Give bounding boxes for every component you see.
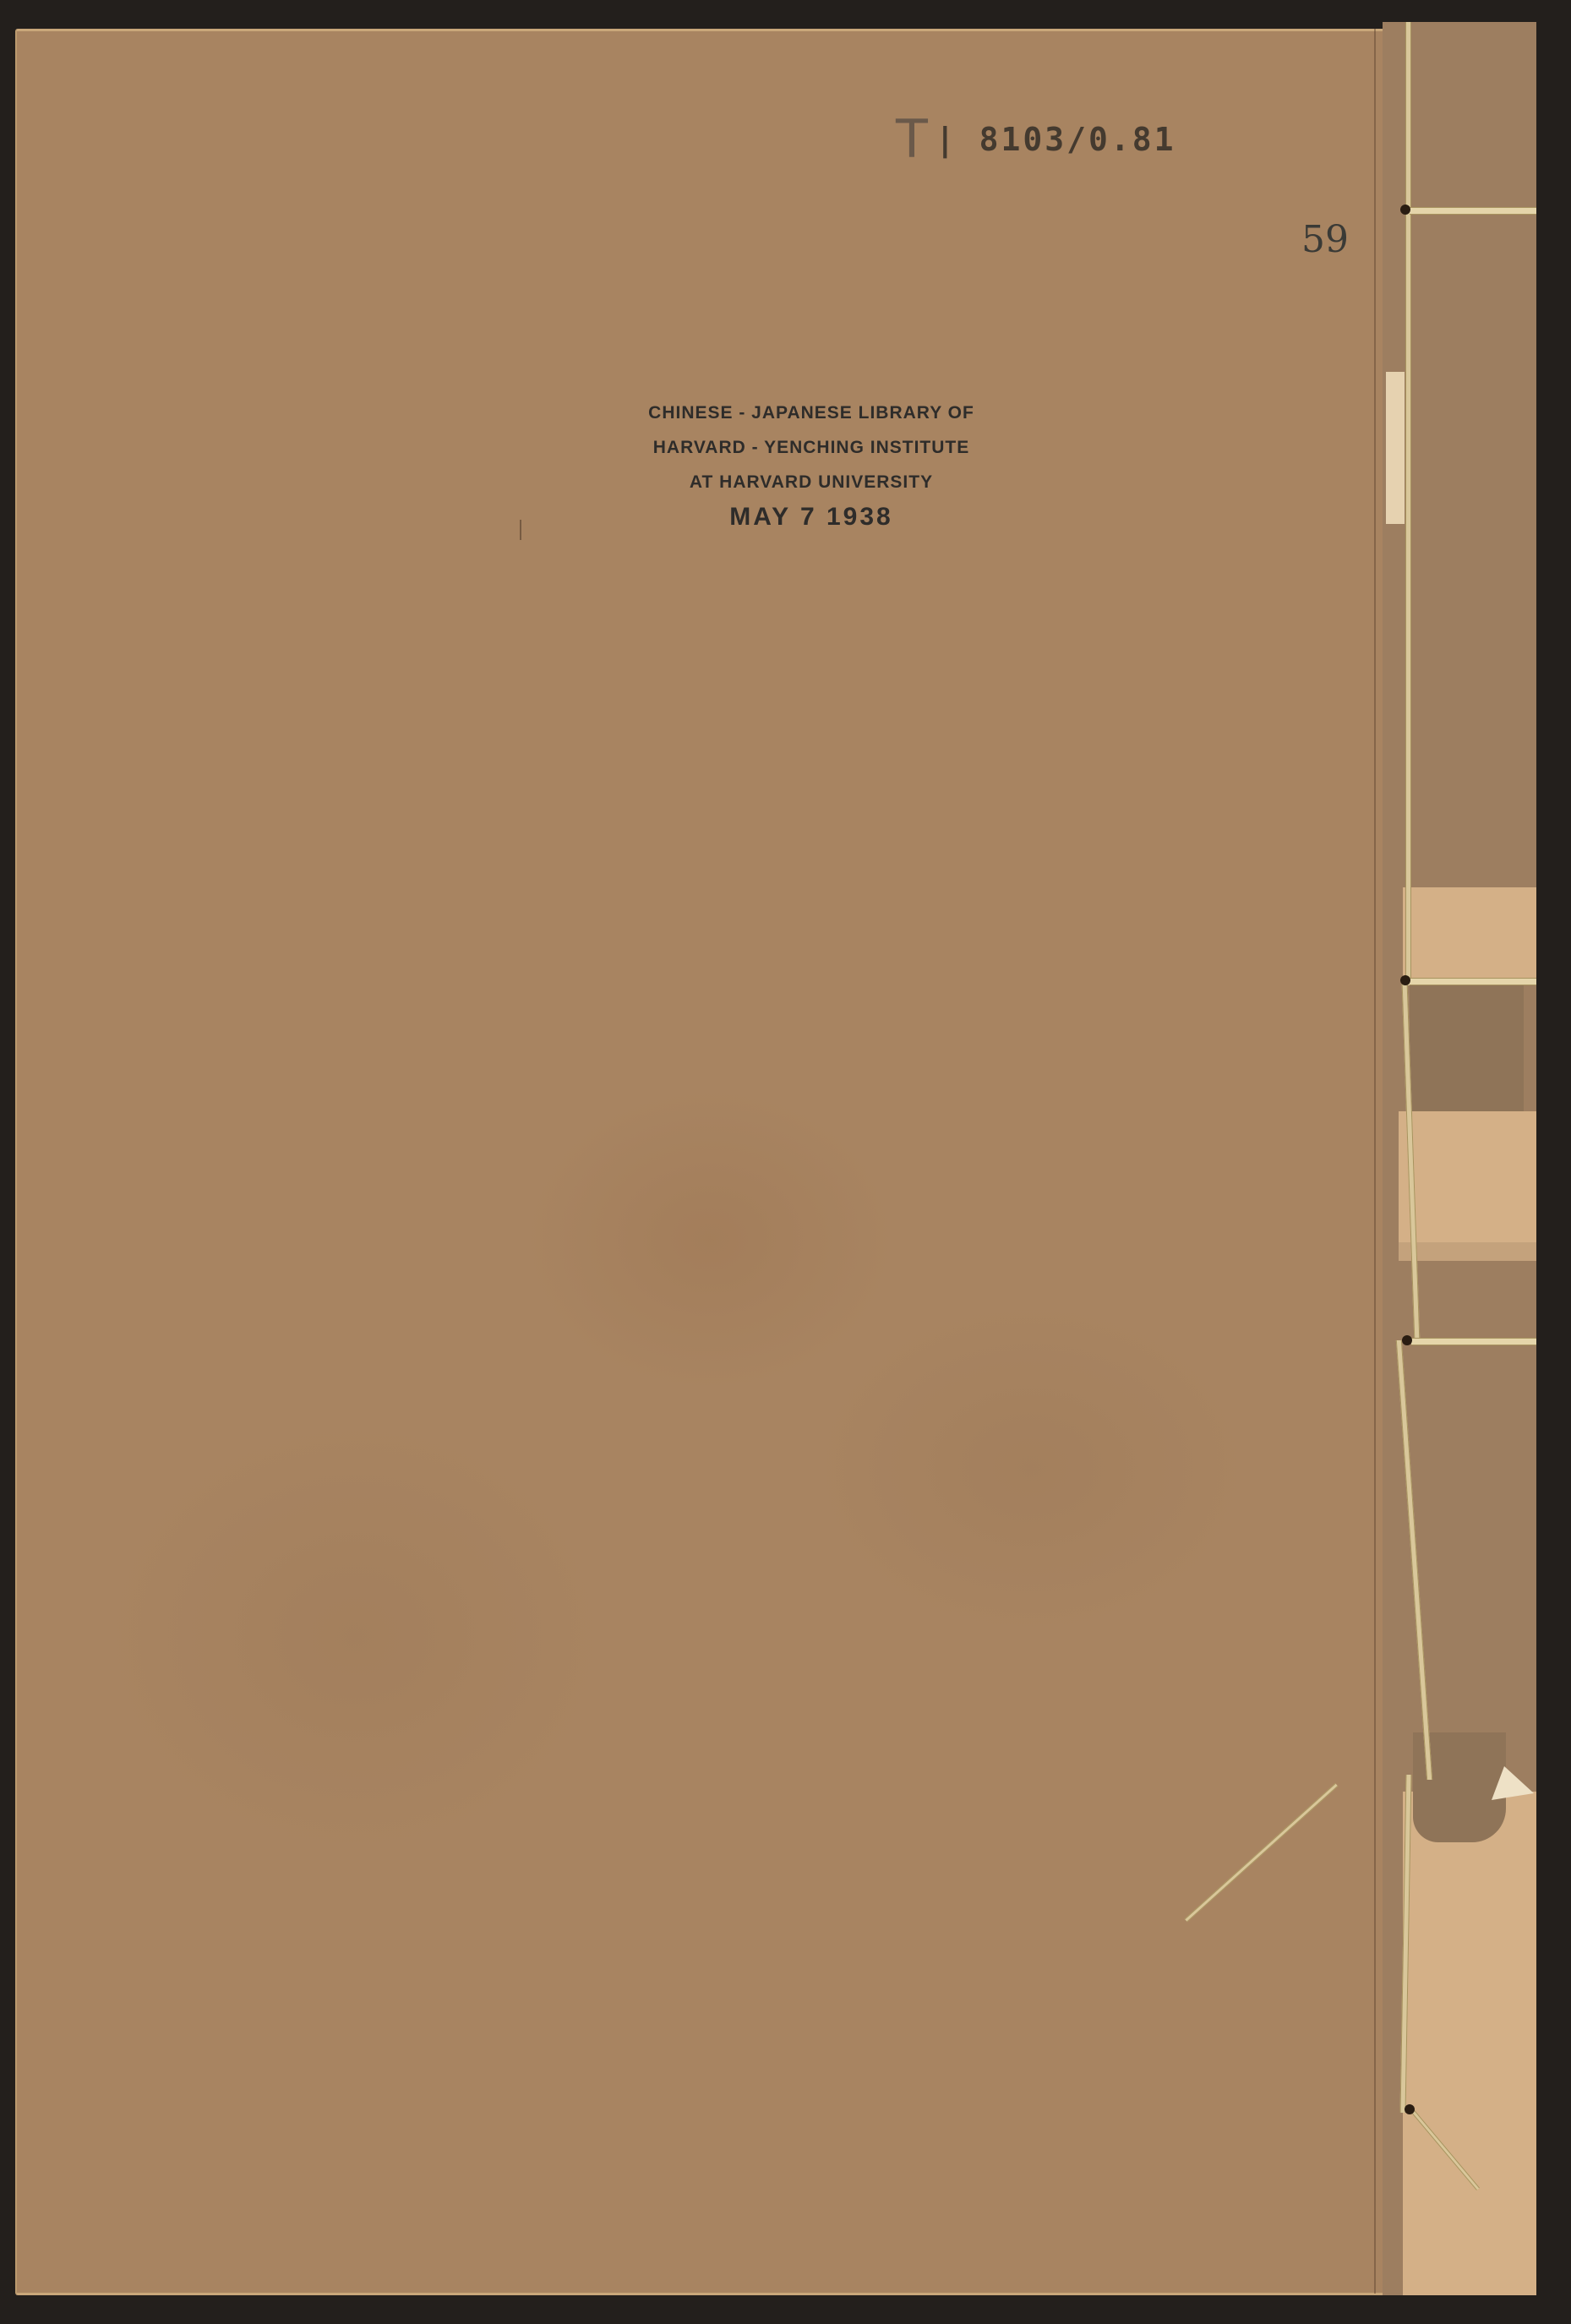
library-stamp: CHINESE - JAPANESE LIBRARY OF HARVARD - … xyxy=(625,404,997,530)
stamp-date: MAY 7 1938 xyxy=(625,505,997,530)
stitch-hole xyxy=(1402,1335,1412,1345)
binding-thread xyxy=(1405,22,1411,985)
stitch-hole xyxy=(1400,975,1410,985)
page-number: 59 xyxy=(1301,218,1349,261)
binding-stitch xyxy=(1410,978,1536,985)
scratch-mark xyxy=(520,520,521,540)
call-number-stamped: | 8103/0.81 xyxy=(936,121,1176,158)
stamp-line-1: CHINESE - JAPANESE LIBRARY OF xyxy=(625,404,997,422)
torn-patch xyxy=(1403,887,1536,980)
torn-patch xyxy=(1399,1111,1536,1247)
spine-stain xyxy=(1410,985,1524,1111)
binding-stitch xyxy=(1411,1338,1536,1345)
torn-patch xyxy=(1403,1792,1536,2295)
stitch-hole xyxy=(1400,205,1410,215)
stitch-hole xyxy=(1405,2104,1415,2114)
stamp-line-3: AT HARVARD UNIVERSITY xyxy=(625,473,997,491)
torn-patch xyxy=(1399,1242,1536,1261)
call-number-handwritten: T xyxy=(896,108,930,170)
binding-stitch xyxy=(1410,207,1536,215)
torn-patch xyxy=(1386,372,1405,524)
call-number: T| 8103/0.81 xyxy=(896,108,1176,170)
spine-crease xyxy=(1374,29,1376,2294)
stamp-line-2: HARVARD - YENCHING INSTITUTE xyxy=(625,439,997,456)
book-cover xyxy=(15,29,1536,2295)
